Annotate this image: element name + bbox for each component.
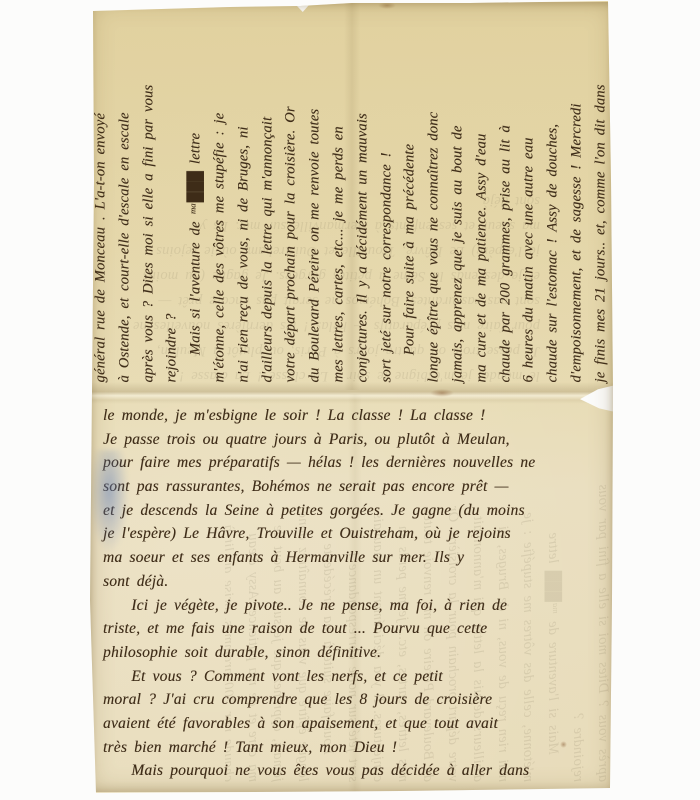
scan-background: le monde, je m'esbigne le soir ! La clas… [0, 0, 700, 800]
letter-sheet: le monde, je m'esbigne le soir ! La clas… [0, 0, 700, 800]
bleedthrough-line: à Ostende, et court-elle d'escale en esc… [615, 402, 640, 782]
paper-edge-shading [90, 2, 613, 792]
bleedthrough-line: général rue de Monceau . L'a-t-on envoyé [640, 402, 665, 782]
